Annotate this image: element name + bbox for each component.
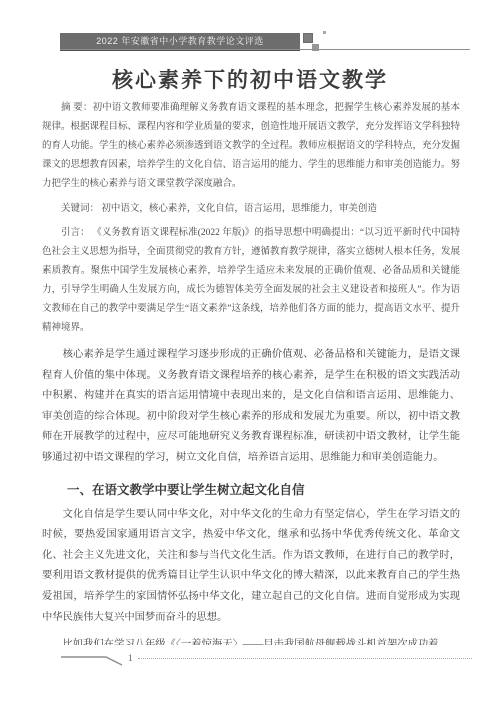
page-footer: 1	[60, 648, 472, 668]
section-1-paragraph-truncated: 比如我们在学习八年级《〈一着惊海天〉——目击我国航母舰载战斗机首架次成功着	[42, 635, 460, 645]
core-competency-paragraph: 核心素养是学生通过课程学习逐步形成的正确价值观、必备品格和关键能力，是语文课程育…	[42, 345, 460, 469]
header-rule-line	[60, 49, 470, 50]
footer-line-ornament	[60, 649, 124, 667]
introduction-label: 引言：	[61, 228, 90, 238]
document-body: 摘 要：初中语文教师要准确理解义务教育语文课程的基本理念，把握学生核心素养发展的…	[42, 99, 460, 645]
paper-title: 核心素养下的初中语文教学	[0, 64, 500, 94]
keywords-line: 关键词： 初中语文，核心素养，文化自信，语言运用，思维能力，审美创造	[42, 200, 460, 219]
abstract-label: 摘 要：	[61, 103, 93, 113]
introduction-paragraph: 引言： 《义务教育语文课程标准(2022 年版)》的指导思想中明确提出：“以习近…	[42, 224, 460, 338]
page-number: 1	[128, 654, 133, 663]
header-decoration-square-dot	[323, 31, 326, 34]
document-page: 2022 年安徽省中小学教育教学论文评选 核心素养下的初中语文教学 摘 要：初中…	[0, 0, 500, 707]
header-banner-text: 2022 年安徽省中小学教育教学论文评选	[96, 36, 264, 46]
footer-dotted-rule	[138, 658, 473, 659]
keywords-label: 关键词：	[61, 204, 99, 214]
header-banner: 2022 年安徽省中小学教育教学论文评选	[60, 33, 300, 50]
keywords-text: 初中语文，核心素养，文化自信，语言运用，思维能力，审美创造	[101, 204, 377, 214]
section-1-heading: 一、在语文教学中要让学生树立起文化自信	[42, 480, 460, 498]
introduction-text: 《义务教育语文课程标准(2022 年版)》的指导思想中明确提出：“以习近平新时代…	[42, 228, 460, 333]
abstract-paragraph: 摘 要：初中语文教师要准确理解义务教育语文课程的基本理念，把握学生核心素养发展的…	[42, 99, 460, 194]
abstract-text: 初中语文教师要准确理解义务教育语文课程的基本理念，把握学生核心素养发展的基本规律…	[42, 103, 460, 189]
header-decoration-square-large	[303, 33, 313, 43]
section-1-paragraph: 文化自信是学生要认同中华文化，对中华文化的生命力有坚定信心，学生在学习语文的时候…	[42, 505, 460, 629]
